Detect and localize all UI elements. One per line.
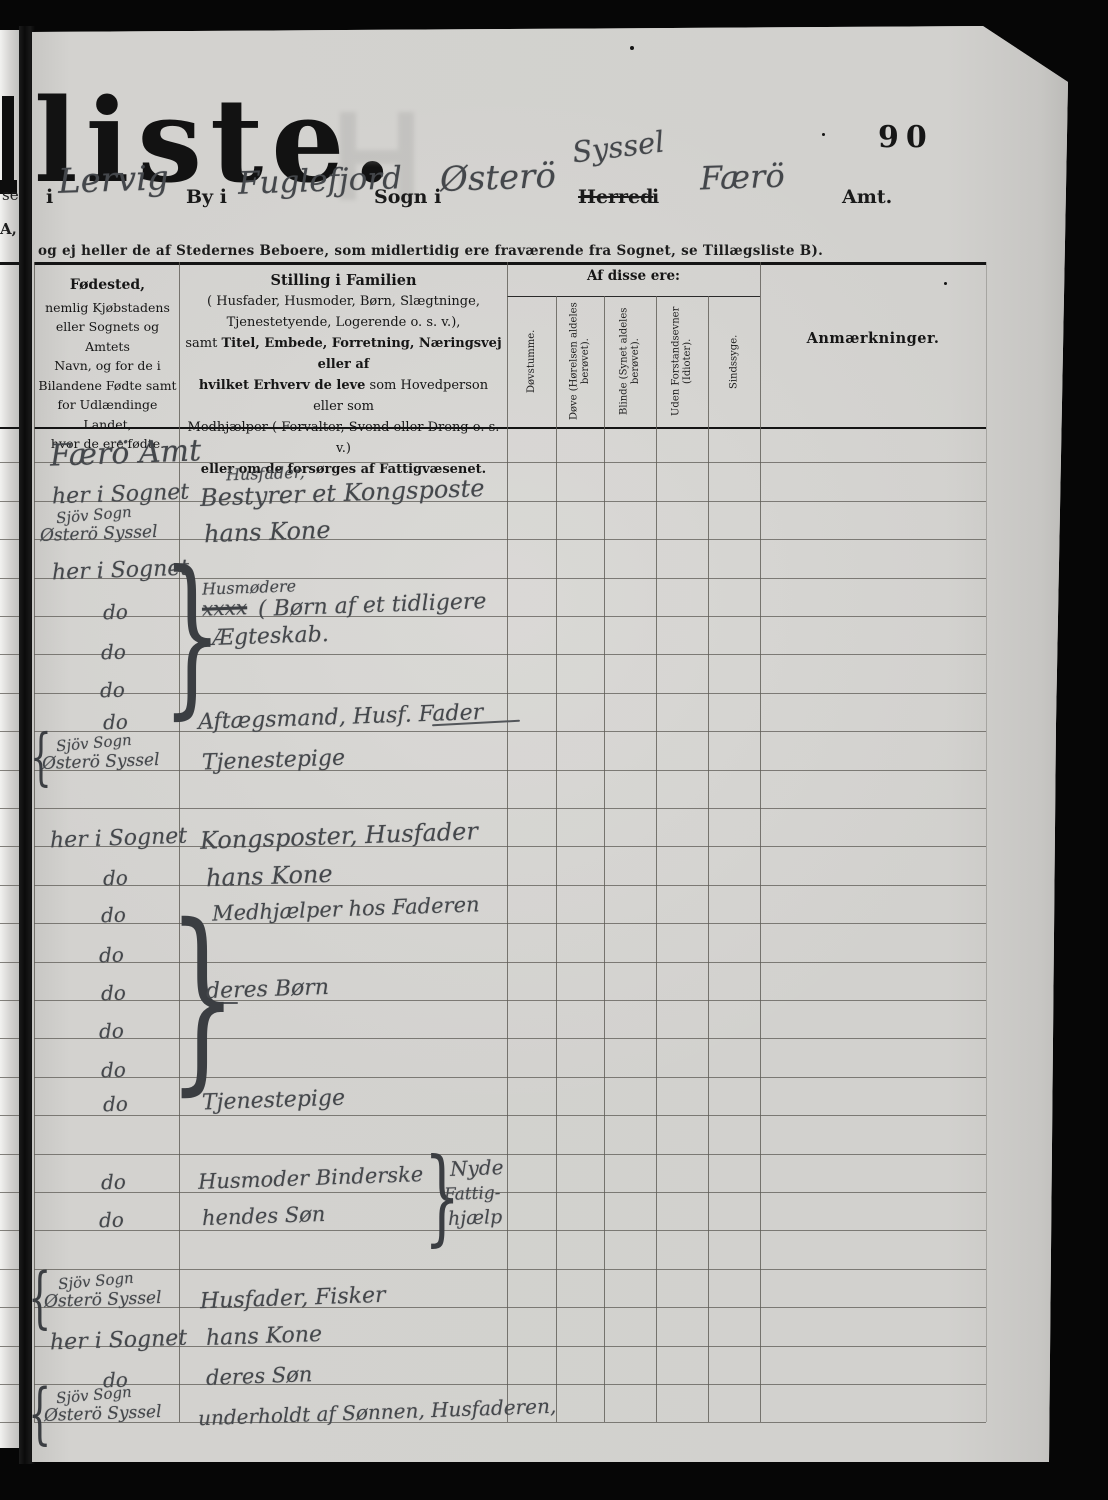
- margin-line: [0, 1384, 21, 1385]
- margin-line: [0, 539, 21, 540]
- cut-letter-fragment: [2, 96, 14, 188]
- paper-sheet: [28, 24, 1072, 1464]
- margin-line: [0, 885, 21, 886]
- margin-line: [0, 1230, 21, 1231]
- adjacent-page-sliver: se A,: [0, 30, 21, 1448]
- margin-line: [0, 1038, 21, 1039]
- margin-line: [0, 578, 21, 579]
- margin-line: [0, 1077, 21, 1078]
- margin-line: [0, 923, 21, 924]
- margin-line: [0, 731, 21, 732]
- margin-line: [0, 1346, 21, 1347]
- margin-line: [0, 1307, 21, 1308]
- margin-line: [0, 501, 21, 502]
- margin-line: [0, 262, 21, 265]
- scanned-census-page: se A, liste. 90 og ej heller de af Stede…: [0, 0, 1108, 1500]
- margin-line: [0, 616, 21, 617]
- margin-line: [0, 693, 21, 694]
- margin-line: [0, 808, 21, 809]
- margin-line: [0, 1422, 21, 1423]
- margin-line: [0, 654, 21, 655]
- margin-line: [0, 770, 21, 771]
- margin-line: [0, 1115, 21, 1116]
- margin-line: [0, 462, 21, 463]
- margin-line: [0, 1192, 21, 1193]
- margin-line: [0, 1154, 21, 1155]
- margin-line: [0, 846, 21, 847]
- margin-line: [0, 1000, 21, 1001]
- margin-fragment-se: se: [2, 186, 19, 204]
- margin-line: [0, 1269, 21, 1270]
- margin-line: [0, 962, 21, 963]
- margin-line: [0, 427, 21, 429]
- margin-fragment-a: A,: [0, 220, 17, 238]
